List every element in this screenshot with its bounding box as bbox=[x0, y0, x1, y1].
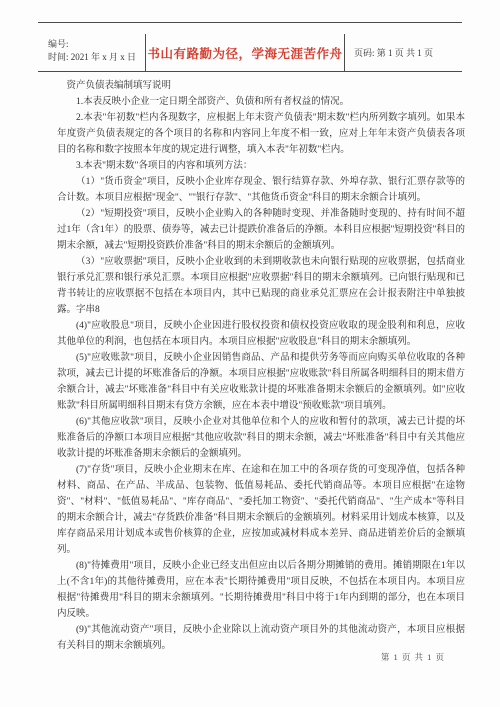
document-page: 编号: 时间: 2021 年 x 月 x 日 书山有路勤为径，学海无涯苦作舟 页… bbox=[0, 0, 500, 707]
header-date-label: 时间: 2021 年 x 月 x 日 bbox=[48, 51, 143, 64]
body-paragraph: 3.本表"期末数"各项目的内容和填列方法： bbox=[57, 158, 465, 174]
body-paragraph: 1.本表反映小企业一定日期全部资产、负债和所有者权益的情况。 bbox=[57, 94, 465, 110]
header-number-label: 编号: bbox=[48, 38, 143, 51]
body-paragraph: (4)"应收股息"项目，反映小企业因进行股权投资和债权投资应收取的现金股利和利息… bbox=[57, 318, 465, 350]
body-paragraph: (5)"应收账款"项目，反映小企业因销售商品、产品和提供劳务等而应向购买单位收取… bbox=[57, 350, 465, 414]
paragraph-list: 1.本表反映小企业一定日期全部资产、负债和所有者权益的情况。2.本表"年初数"栏… bbox=[57, 94, 465, 654]
body-paragraph: （2）"短期投资"项目，反映小企业购入的各种随时变现、并准备随时变现的、持有时间… bbox=[57, 206, 465, 254]
body-paragraph: (8)"待摊费用"项目，反映小企业已经支出但应由以后各期分期摊销的费用。摊销期限… bbox=[57, 558, 465, 622]
header-top-rule bbox=[38, 22, 462, 23]
body-paragraph: (9)"其他流动资产"项目，反映小企业除以上流动资产项目外的其他流动资产，本项目… bbox=[57, 622, 465, 654]
header-motto-cell: 书山有路勤为径，学海无涯苦作舟 bbox=[145, 34, 345, 71]
page-footer: 第 1 页 共 1 页 bbox=[381, 651, 445, 663]
body-paragraph: （1）"货币资金"项目，反映小企业库存现金、银行结算存款、外埠存款、银行汇票存款… bbox=[57, 174, 465, 206]
body-paragraph: (7)"存货"项目，反映小企业期末在库、在途和在加工中的各项存货的可变现净值，包… bbox=[57, 462, 465, 558]
header-motto-text: 书山有路勤为径，学海无涯苦作舟 bbox=[147, 44, 342, 62]
header-meta-cell: 编号: 时间: 2021 年 x 月 x 日 bbox=[38, 34, 145, 71]
header-page-label: 页码: 第 1 页 共 1 页 bbox=[354, 46, 433, 59]
body-paragraph: （3）"应收票据"项目，反映小企业收到的未到期收款也未向银行贴现的应收票据，包括… bbox=[57, 254, 465, 318]
page-header: 编号: 时间: 2021 年 x 月 x 日 书山有路勤为径，学海无涯苦作舟 页… bbox=[38, 34, 462, 72]
body-paragraph: (6)"其他应收款"项目，反映小企业对其他单位和个人的应收和暂付的款项，减去已计… bbox=[57, 414, 465, 462]
document-body: 资产负债表编制填写说明 1.本表反映小企业一定日期全部资产、负债和所有者权益的情… bbox=[57, 78, 465, 654]
document-title: 资产负债表编制填写说明 bbox=[57, 78, 465, 94]
header-page-info-cell: 页码: 第 1 页 共 1 页 bbox=[345, 34, 462, 71]
footer-page-number: 第 1 页 共 1 页 bbox=[381, 652, 445, 662]
body-paragraph: 2.本表"年初数"栏内各现数字，应根据上年末资产负债表"期末数"栏内所列数字填列… bbox=[57, 110, 465, 158]
